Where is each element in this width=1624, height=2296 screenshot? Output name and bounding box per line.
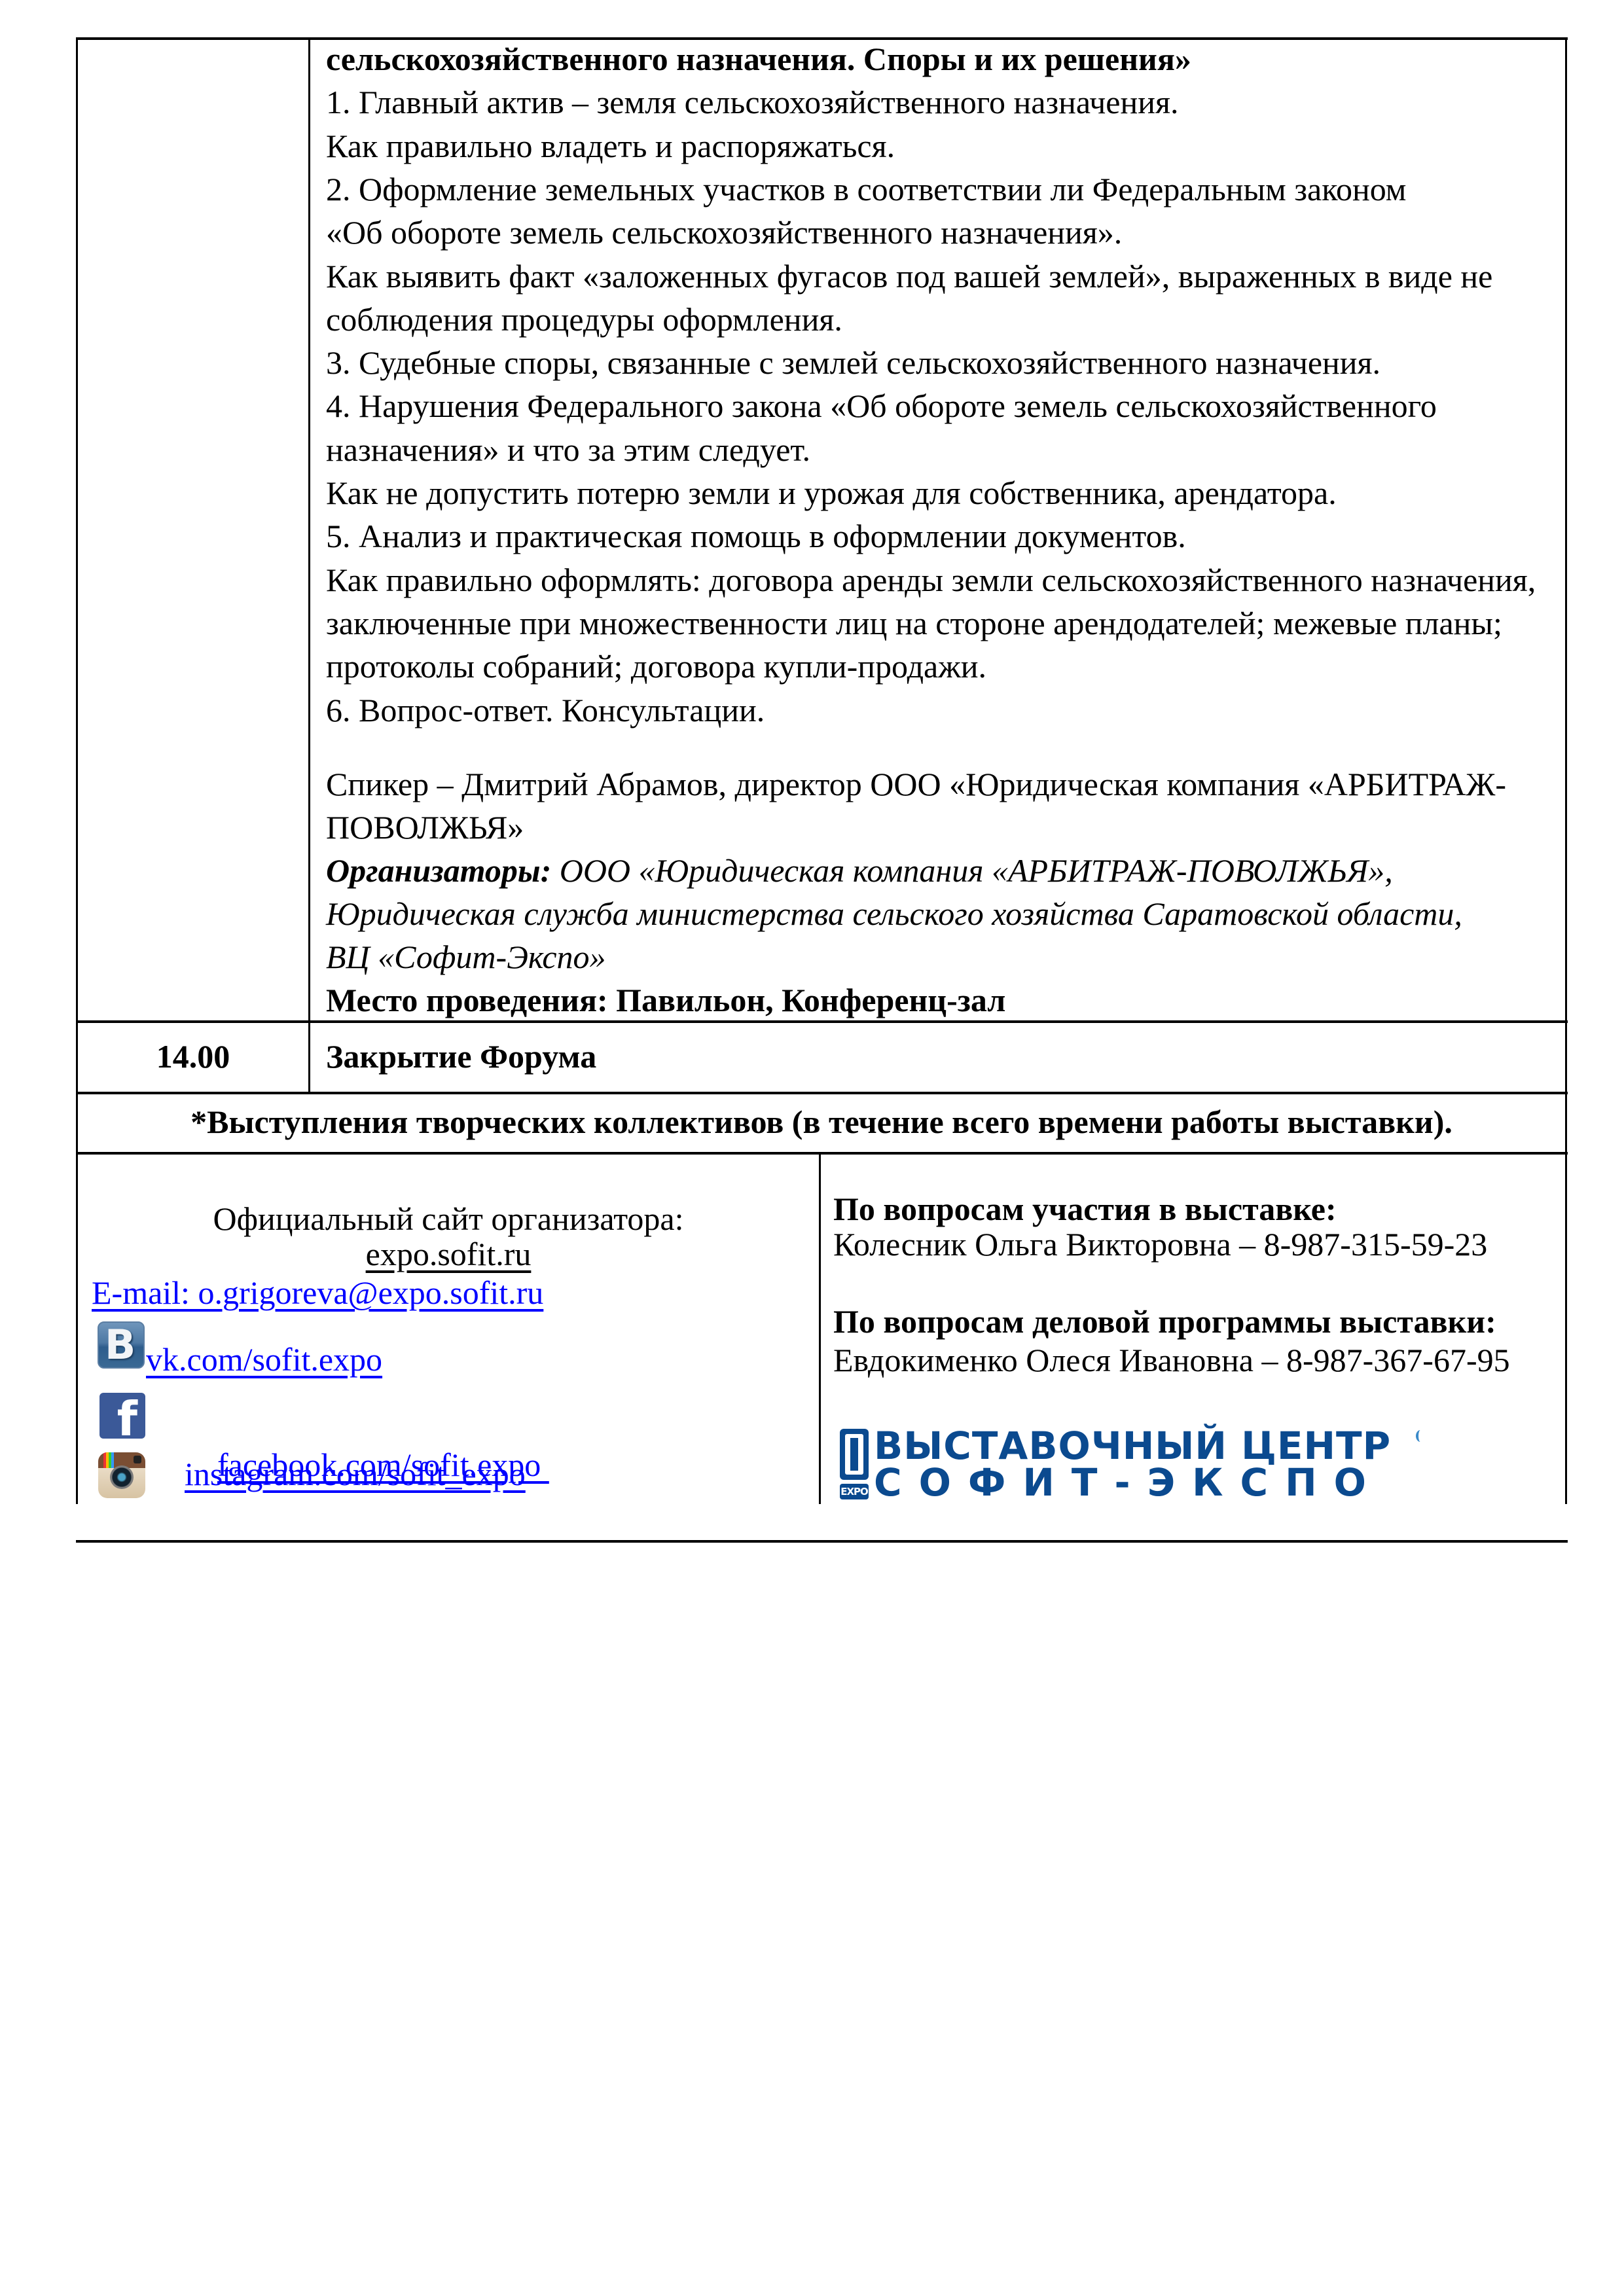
program-contact: Евдокименко Олеся Ивановна – 8-987-367-6… [833, 1342, 1510, 1378]
logo-swirl-icon [1416, 1430, 1425, 1442]
organizers-line-2: Юридическая служба министерства сельског… [326, 892, 1462, 935]
official-site-line: expo.sofit.ru [78, 1232, 819, 1276]
performances-note: *Выступления творческих коллективов (в т… [78, 1100, 1565, 1143]
program-line: соблюдения процедуры оформления. [326, 298, 842, 341]
organizers-line-1: Организаторы: ООО «Юридическая компания … [326, 849, 1393, 892]
closing-time: 14.00 [78, 1035, 308, 1078]
sofit-expo-logo: EXPO ВЫСТАВОЧНЫЙ ЦЕНТР СОФИТ-ЭКСПО [840, 1429, 1429, 1501]
program-line: 2. Оформление земельных участков в соотв… [326, 168, 1406, 211]
email-line: E-mail: o.grigoreva@expo.sofit.ru [92, 1271, 543, 1314]
program-line: Как выявить факт «заложенных фугасов под… [326, 255, 1492, 298]
speaker-line-2: ПОВОЛЖЬЯ» [326, 806, 524, 849]
instagram-link[interactable]: instagram.com/sofit_expo [185, 1456, 526, 1492]
facebook-icon[interactable]: f [99, 1393, 145, 1439]
program-title: сельскохозяйственного назначения. Споры … [326, 37, 1191, 81]
participation-title: По вопросам участия в выставке: [833, 1191, 1337, 1227]
program-line: 1. Главный актив – земля сельскохозяйств… [326, 81, 1178, 124]
instagram-lens [110, 1465, 134, 1489]
program-line: Как правильно владеть и распоряжаться. [326, 124, 895, 168]
instagram-stripes [103, 1452, 114, 1468]
footer-column-separator [819, 1152, 821, 1504]
organizers-line-3: ВЦ «Софит-Экспо» [326, 935, 606, 978]
logo-line-2: СОФИТ-ЭКСПО [874, 1463, 1383, 1502]
program-line: заключенные при множественности лиц на с… [326, 601, 1502, 645]
program-line: Как не допустить потерю земли и урожая д… [326, 471, 1337, 514]
instagram-line: instagram.com/sofit_expo [185, 1452, 526, 1496]
program-line: 3. Судебные споры, связанные с землей се… [326, 341, 1380, 384]
program-line: 6. Вопрос-ответ. Консультации. [326, 689, 765, 732]
row-separator-2 [76, 1092, 1568, 1094]
program-line: 4. Нарушения Федерального закона «Об обо… [326, 384, 1437, 427]
instagram-viewfinder [134, 1456, 141, 1463]
vk-link[interactable]: vk.com/sofit.expo [146, 1341, 382, 1378]
vk-line: vk.com/sofit.expo [146, 1338, 382, 1381]
program-line: назначения» и что за этим следует. [326, 428, 810, 471]
speaker-line-1: Спикер – Дмитрий Абрамов, директор ООО «… [326, 762, 1506, 806]
page-bottom-rule [76, 1540, 1568, 1543]
program-title-contact: По вопросам деловой программы выставки: [833, 1303, 1496, 1340]
logo-expo-badge: EXPO [840, 1484, 869, 1499]
program-line: Как правильно оформлять: договора аренды… [326, 558, 1536, 601]
table-left-border [76, 37, 78, 1504]
vk-icon[interactable]: B [98, 1321, 145, 1369]
program-line: протоколы собраний; договора купли-прода… [326, 645, 986, 688]
organizers-text: ООО «Юридическая компания «АРБИТРАЖ-ПОВО… [551, 852, 1393, 889]
closing-event: Закрытие Форума [326, 1035, 596, 1078]
column-separator [308, 37, 310, 1093]
participation-contact: Колесник Ольга Викторовна – 8-987-315-59… [833, 1226, 1487, 1263]
logo-mark-icon [840, 1429, 869, 1480]
email-link[interactable]: E-mail: o.grigoreva@expo.sofit.ru [92, 1274, 543, 1311]
organizers-label: Организаторы: [326, 852, 551, 889]
program-line: 5. Анализ и практическая помощь в оформл… [326, 514, 1186, 558]
official-site-link[interactable]: expo.sofit.ru [366, 1236, 532, 1272]
row-separator-3 [76, 1152, 1568, 1155]
venue: Место проведения: Павильон, Конференц-за… [326, 978, 1005, 1022]
table-right-border [1565, 37, 1567, 1504]
program-line: «Об обороте земель сельскохозяйственного… [326, 211, 1122, 254]
instagram-icon[interactable] [98, 1452, 145, 1498]
